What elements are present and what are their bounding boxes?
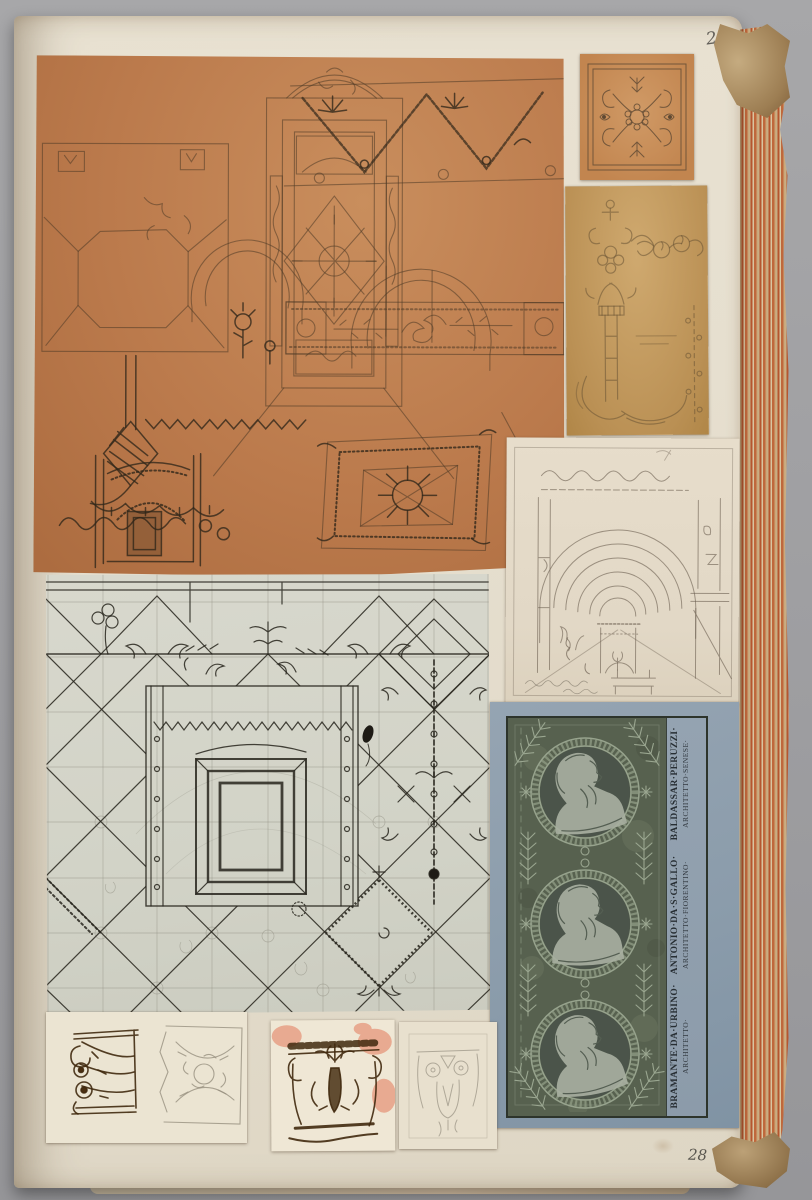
capital-study-with-wash-sheet [271,1020,396,1152]
ornament-square-sheet [580,54,694,180]
capital-study-faint-sheet [399,1022,497,1149]
arch-perspective-sheet [505,437,739,704]
vaulted-corridor-perspective-drawing [505,437,739,704]
scanned-album-photograph: BRAMANTE·DA·URBINO· ARCHITETTO· ANTONIO·… [0,0,812,1200]
medallion-antonio-da-sangallo [531,870,639,978]
capital-studies-sheet [46,1012,247,1143]
architect-name: ANTONIO·DA·S·GALLO· [670,856,680,975]
ink-and-graphite-capital-drawings [46,1012,247,1143]
graphite-capital-drawing [399,1022,497,1149]
caption-baldassare-peruzzi: BALDASSAR·PERUZZI· ARCHITETTO·SENESE· [667,718,703,849]
print-caption-band: BRAMANTE·DA·URBINO· ARCHITETTO· ANTONIO·… [666,718,706,1116]
tan-candelabra-sheet [565,186,709,436]
ceiling-ornament-sketches-drawing [33,55,565,577]
portrait-medallions-engraving [508,718,666,1112]
architect-title: ARCHITETTO· [681,1019,690,1074]
book-fore-edge [740,26,790,1176]
candelabra-grotesque-drawing [565,186,709,436]
caption-antonio-da-sangallo: ANTONIO·DA·S·GALLO· ARCHITETTO·FIORENTIN… [667,849,703,980]
print-captions: BRAMANTE·DA·URBINO· ARCHITETTO· ANTONIO·… [667,718,703,1112]
architect-title: ARCHITETTO·FIORENTINO· [681,861,690,969]
gray-ceiling-design-sheet [46,574,490,1015]
architect-name: BALDASSAR·PERUZZI· [670,727,680,840]
ink-capital-with-red-wash-drawing [271,1020,396,1152]
caption-bramante: BRAMANTE·DA·URBINO· ARCHITETTO· [667,981,703,1112]
medallion-bramante [531,1000,639,1108]
print-frame: BRAMANTE·DA·URBINO· ARCHITETTO· ANTONIO·… [506,716,708,1118]
folio-number-bottom: 28 [688,1146,708,1165]
orange-ceiling-sketch-sheet [33,55,565,577]
architect-name: BRAMANTE·DA·URBINO· [670,984,680,1108]
medallion-baldassare-peruzzi [531,738,639,846]
page-stain [652,1138,674,1154]
scroll-ornament-drawing [580,54,694,180]
coffered-ceiling-design-drawing [46,574,490,1015]
architect-title: ARCHITETTO·SENESE· [681,739,690,827]
architect-portraits-print: BRAMANTE·DA·URBINO· ARCHITETTO· ANTONIO·… [490,702,739,1128]
